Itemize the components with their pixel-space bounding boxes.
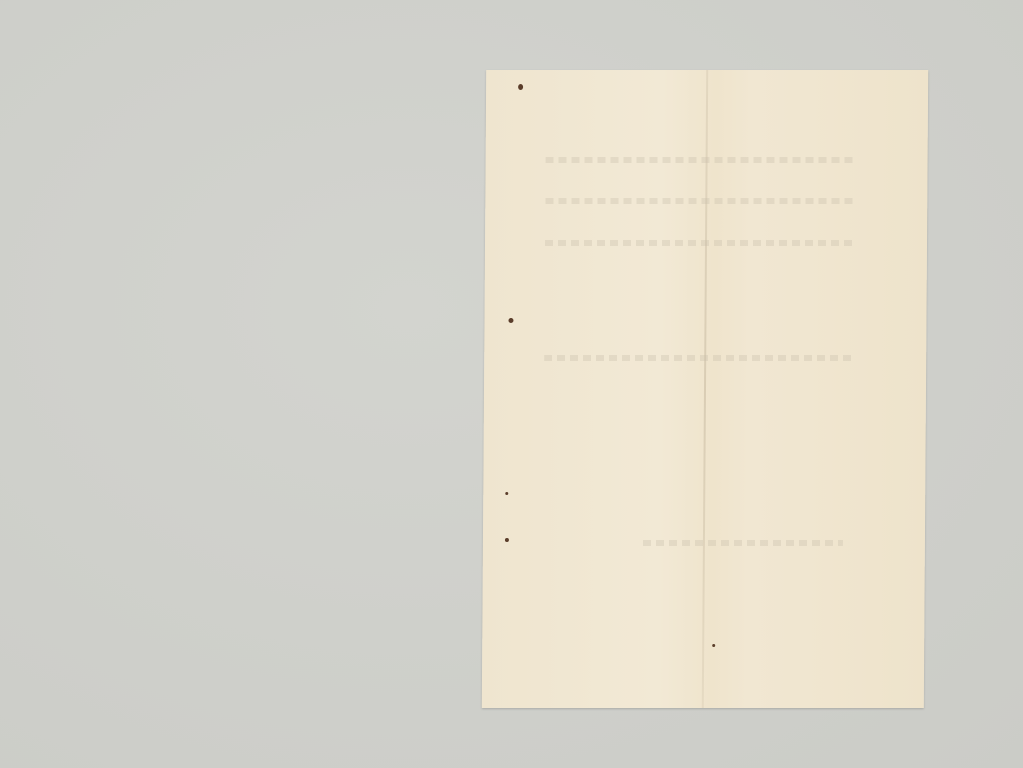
show-through-line [546,157,856,163]
center-fold [702,70,708,708]
stain-mark [508,318,513,323]
show-through-line [643,540,843,546]
show-through-line [545,240,855,246]
stain-mark [518,84,523,90]
stain-mark [505,538,509,542]
show-through-line [545,198,855,204]
paper-sheet [482,70,928,708]
show-through-line [544,355,854,361]
stain-mark [712,644,715,647]
stain-mark [505,492,508,495]
